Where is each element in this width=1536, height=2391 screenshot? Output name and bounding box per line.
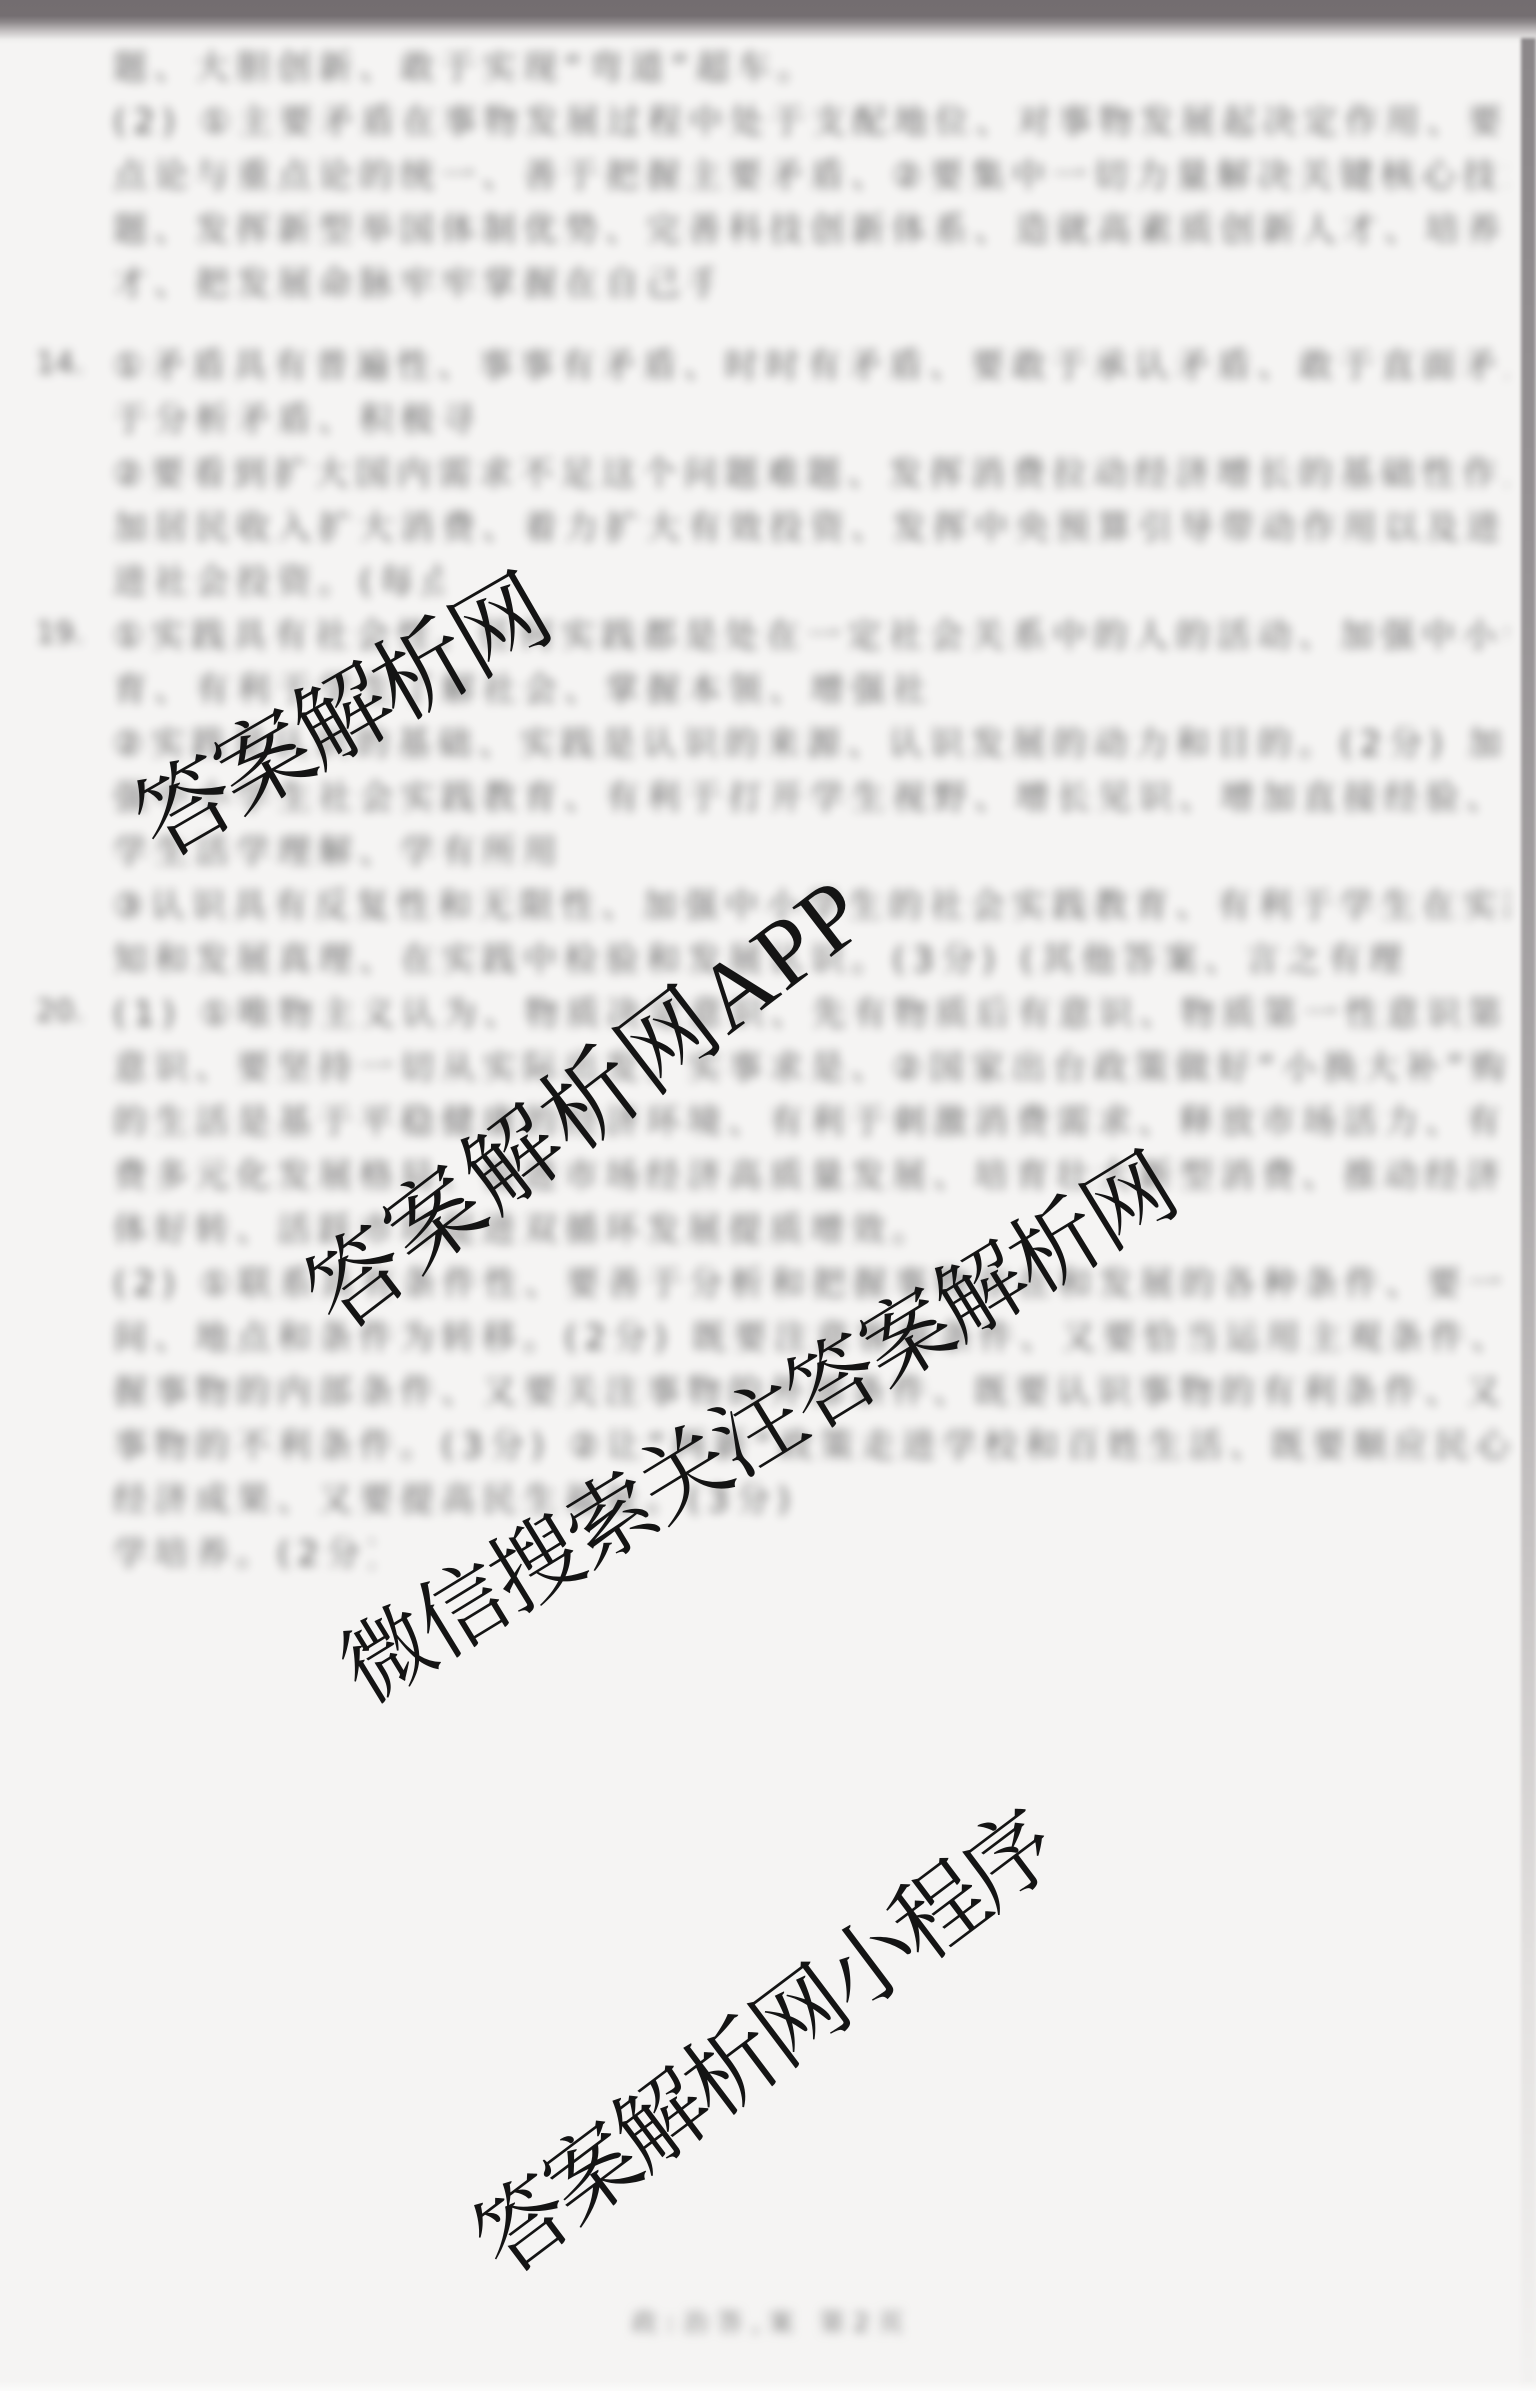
blurred-text-line: 知和发展真理、在实践中检验和发展认识。(3分) (其他答案、言之有理、可酌情给分… — [113, 938, 1403, 982]
scan-bottom-edge — [0, 2381, 1536, 2391]
blurred-text-line: 点论与重点论的统一、善于把握主要矛盾、②要集中一切力量解决关键核心技术“卡脖子”… — [113, 154, 1508, 198]
blurred-text-line: ①矛盾具有普遍性、事事有矛盾、时时有矛盾、要敢于承认矛盾、敢于直面矛盾、敢于正视… — [113, 344, 1508, 388]
blurred-text-line: ③认识具有反复性和无限性、加强中小学生的社会实践教育、有利于学生在实践中认知和发… — [113, 884, 1508, 928]
blurred-text-line: 才、把发展命脉牢牢掌握在自己手中。(每点4分、共8分)推动科技自立自强实现高水平… — [113, 262, 713, 306]
blurred-text-line: ②要看到扩大国内需求不足这个问题难题、发挥消费拉动经济增长的基础性作用、通过增加… — [113, 452, 1508, 496]
blurred-text-line: 题、大胆创新、敢于实现“弯道”超车。(每点3分、共9分)进一步推动高质量发展坚持… — [113, 46, 790, 90]
blurred-text-line: 学生活学理解、学有所用、实现知行合一。(2分)全面提高综合素质能力 — [113, 830, 563, 874]
blurred-text-line: 意识、要坚持一切从实际出发、实事求是、②国家出台政策做好“小换大补”购置更新补贴… — [113, 1046, 1508, 1090]
blurred-text-line: (2) ①主要矛盾在事物发展过程中处于支配地位、对事物发展起决定作用、要坚持两点… — [113, 100, 1508, 144]
scanned-page: 题、大胆创新、敢于实现“弯道”超车。(每点3分、共9分)进一步推动高质量发展坚持… — [0, 0, 1536, 2391]
scan-right-edge — [1521, 38, 1536, 2391]
blurred-text-line: 于分析矛盾、积极寻找正确的方法解决矛盾。坚持问题导向增强问题意识 — [113, 398, 473, 442]
blurred-text-line: (1) ①唯物主义认为、物质决定意识、先有物质后有意识、物质第一性意识第二性、要… — [113, 992, 1508, 1036]
blurred-item-number: 20. — [36, 992, 106, 1032]
blurred-text-line: 加居民收入扩大消费、着力扩大有效投资、发挥中央预算引导带动作用以及进一步促进社会… — [113, 506, 1508, 550]
blurred-item-number: 14. — [36, 344, 106, 384]
blurred-text-line: 题、发挥新型举国体制优势、完善科技创新体系、造就高素质创新人才、培养创新人才队伍… — [113, 208, 1508, 252]
watermark-mini-program: 答案解析网小程序 — [442, 1775, 1077, 2299]
blurred-text-line: 费多元化发展格局、促进市场经济高质量发展、培育壮大新型消费、推动经济运行整体好转… — [113, 1154, 1508, 1198]
blurred-text-line: 经济成果、又要提高民生福祉。(3分) 既要破解当前难题、又要着眼长远谋划布局 — [113, 1478, 813, 1522]
blurred-text-line: 事物的不利条件。(3分) ②让“两新”政策走进学校和百姓生活、既要顺应民心集聚民… — [113, 1424, 1508, 1468]
blurred-text-line: ②实践是认识的基础、实践是认识的来源、认识发展的动力和目的。(2分) 加强中小学… — [113, 722, 1508, 766]
blurred-text-line: 体好转、活跃市场促进双循环发展提质增效。(每点4分)释放内需潜力激发活力 — [113, 1208, 913, 1252]
blurred-text-line: 握事物的内部条件、又要关注事物的外部条件、既要认识事物的有利条件、又要重视不利条… — [113, 1370, 1508, 1414]
blurred-text-line: 间、地点和条件为转移。(2分) 既要注意客观条件、又要恰当运用主观条件、既要把握… — [113, 1316, 1508, 1360]
blurred-text-line: ①实践具有社会性、任何实践都是处在一定社会关系中的人的活动、加强中小学生社会实践… — [113, 614, 1508, 658]
blurred-text-line: 强中小学生社会实践教育、有利于打开学生视野、增长见识、增加直接经验、有利于学生学… — [113, 776, 1508, 820]
blurred-text-line: 育、有利于学生了解社会、掌握本领、增强社会责任感。(3分)促进全面发展健康成长成… — [113, 668, 933, 712]
blurred-text-line: 学培养。(2分) — [113, 1532, 373, 1576]
blurred-text-line: (2) ①联系具有条件性、要善于分析和把握事物存在和发展的各种条件、要一切以时间… — [113, 1262, 1508, 1306]
blurred-item-number: 19. — [36, 614, 106, 654]
blurred-text-line: 进社会投资。(每点4分、共8分)扩大内需战略深入实施 — [113, 560, 443, 604]
blurred-text-line: 的生活是基于平稳健康的经济环境、有利于刺激消费需求、释放市场活力、有利于促进消费… — [113, 1100, 1508, 1144]
page-footer: 政:治答‚案 第2页 — [632, 2298, 952, 2348]
scan-top-edge — [0, 0, 1536, 44]
